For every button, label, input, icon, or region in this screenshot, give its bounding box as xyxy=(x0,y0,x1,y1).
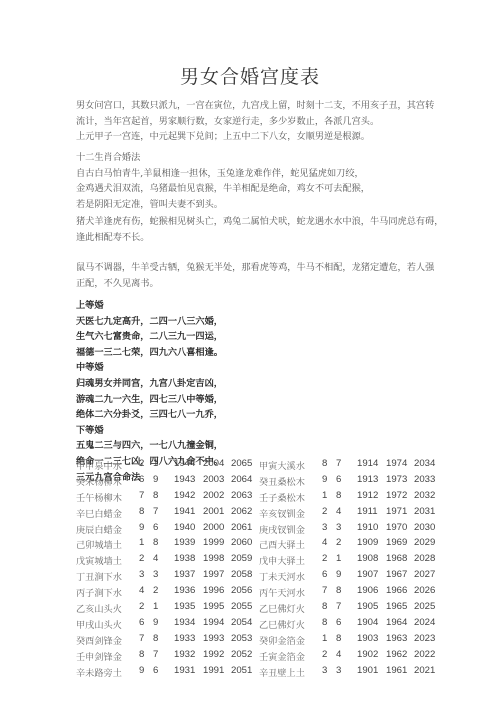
male-palace: 7 xyxy=(322,585,327,596)
female-palace: 3 xyxy=(153,569,158,580)
year-2: 1991 xyxy=(203,665,224,676)
year-2: 1972 xyxy=(386,490,407,501)
year-2: 2001 xyxy=(203,506,224,517)
year-1: 1904 xyxy=(357,617,378,628)
nayin-name: 乙巳佛灯火 xyxy=(259,617,305,631)
year-2: 1968 xyxy=(386,553,407,564)
year-3: 2065 xyxy=(231,458,252,469)
year-3: 2028 xyxy=(414,553,435,564)
mismatch-line: 鼠马不调器，牛羊受古牺，兔猴无半处，那看虎等鸡，牛马不相配，龙猪定遭危，若人强 xyxy=(76,260,436,276)
year-1: 1941 xyxy=(174,506,195,517)
zodiac-heading: 十二生肖合婚法 xyxy=(76,150,436,166)
year-1: 1937 xyxy=(174,569,195,580)
table-column-right: 甲寅大溪水 8 7 1914 1974 2034 癸丑桑松木 9 6 1913 … xyxy=(259,457,439,679)
female-palace: 7 xyxy=(153,649,158,660)
year-2: 2002 xyxy=(203,490,224,501)
year-2: 1974 xyxy=(386,458,407,469)
table-row: 乙亥山头火 2 1 1935 1995 2055 xyxy=(76,600,256,616)
page-title: 男女合婚宫度表 xyxy=(0,62,500,89)
table-row: 辛丑壁上土 3 3 1901 1961 2021 xyxy=(259,664,439,680)
rank-line: 游魂二九一六生，四七三八中等婚， xyxy=(76,392,223,408)
male-palace: 3 xyxy=(139,569,144,580)
year-3: 2059 xyxy=(231,553,252,564)
year-2: 1966 xyxy=(386,585,407,596)
year-2: 1971 xyxy=(386,506,407,517)
female-palace: 7 xyxy=(153,506,158,517)
nayin-name: 庚戌钗钏金 xyxy=(259,522,305,536)
female-palace: 9 xyxy=(336,569,341,580)
female-palace: 3 xyxy=(336,665,341,676)
year-1: 1935 xyxy=(174,601,195,612)
female-palace: 8 xyxy=(153,633,158,644)
year-1: 1905 xyxy=(357,601,378,612)
male-palace: 6 xyxy=(139,617,144,628)
male-palace: 4 xyxy=(139,585,144,596)
nayin-name: 壬午杨柳木 xyxy=(76,490,122,504)
table-row: 壬午杨柳木 7 8 1942 2002 2063 xyxy=(76,489,256,505)
female-palace: 1 xyxy=(336,553,341,564)
year-2: 1998 xyxy=(203,553,224,564)
nayin-name: 辛亥钗钏金 xyxy=(259,506,305,520)
clash-line: 逢此相配寿不长。 xyxy=(76,230,436,246)
female-palace: 1 xyxy=(153,601,158,612)
nayin-name: 甲戌山头火 xyxy=(76,617,122,631)
table-row: 乙巳佛灯火 8 7 1905 1965 2025 xyxy=(259,600,439,616)
year-3: 2025 xyxy=(414,601,435,612)
year-1: 1944 xyxy=(174,458,195,469)
nayin-name: 丙子涧下水 xyxy=(76,585,122,599)
nayin-name: 癸卯金箔金 xyxy=(259,633,305,647)
female-palace: 6 xyxy=(336,617,341,628)
rank-line: 归魂男女并同宫，九宫八卦定吉凶， xyxy=(76,376,223,392)
table-row: 癸丑桑松木 9 6 1913 1973 2033 xyxy=(259,473,439,489)
year-3: 2030 xyxy=(414,522,435,533)
year-2: 1973 xyxy=(386,474,407,485)
year-2: 1965 xyxy=(386,601,407,612)
male-palace: 8 xyxy=(322,458,327,469)
table-row: 甲寅大溪水 8 7 1914 1974 2034 xyxy=(259,457,439,473)
table-row: 壬寅金箔金 2 4 1902 1962 2022 xyxy=(259,648,439,664)
table-row: 癸卯金箔金 1 8 1903 1963 2023 xyxy=(259,632,439,648)
rank-heading-upper: 上等婚 xyxy=(76,298,223,314)
table-row: 庚戌钗钏金 3 3 1910 1970 2030 xyxy=(259,521,439,537)
male-palace: 2 xyxy=(322,553,327,564)
year-1: 1907 xyxy=(357,569,378,580)
rank-heading-middle: 中等婚 xyxy=(76,360,223,376)
table-row: 辛未路旁土 9 6 1931 1991 2051 xyxy=(76,664,256,680)
year-3: 2033 xyxy=(414,474,435,485)
male-palace: 2 xyxy=(139,553,144,564)
nayin-name: 丁丑涧下水 xyxy=(76,569,122,583)
year-2: 1992 xyxy=(203,649,224,660)
year-3: 2029 xyxy=(414,537,435,548)
year-3: 2053 xyxy=(231,633,252,644)
year-1: 1934 xyxy=(174,617,195,628)
table-row: 己酉大驿土 4 2 1909 1969 2029 xyxy=(259,536,439,552)
year-2: 2004 xyxy=(203,458,224,469)
female-palace: 1 xyxy=(153,458,158,469)
year-1: 1910 xyxy=(357,522,378,533)
year-3: 2051 xyxy=(231,665,252,676)
male-palace: 2 xyxy=(322,506,327,517)
year-2: 2003 xyxy=(203,474,224,485)
female-palace: 4 xyxy=(153,553,158,564)
year-1: 1942 xyxy=(174,490,195,501)
year-3: 2054 xyxy=(231,617,252,628)
male-palace: 3 xyxy=(322,522,327,533)
nayin-name: 戊申大驿土 xyxy=(259,553,305,567)
female-palace: 7 xyxy=(336,601,341,612)
nayin-name: 己卯城墙土 xyxy=(76,537,122,551)
year-3: 2056 xyxy=(231,585,252,596)
zodiac-line: 自古白马怕青牛,羊鼠相逢一担休，玉兔逢龙难作伴，蛇见猛虎如刀绞， xyxy=(76,166,436,182)
year-3: 2027 xyxy=(414,569,435,580)
nayin-name: 壬子桑松木 xyxy=(259,490,305,504)
male-palace: 6 xyxy=(139,474,144,485)
year-1: 1901 xyxy=(357,665,378,676)
document-page: 男女合婚宫度表 男女问宫口，其数只派九，一宫在寅位，九宫戌上留，时刻十二支，不用… xyxy=(0,0,500,708)
male-palace: 1 xyxy=(322,633,327,644)
male-palace: 8 xyxy=(139,506,144,517)
female-palace: 2 xyxy=(153,585,158,596)
female-palace: 8 xyxy=(336,585,341,596)
female-palace: 8 xyxy=(153,490,158,501)
year-1: 1902 xyxy=(357,649,378,660)
female-palace: 8 xyxy=(336,633,341,644)
table-row: 辛巳白蜡金 8 7 1941 2001 2062 xyxy=(76,505,256,521)
table-row: 甲戌山头火 6 9 1934 1994 2054 xyxy=(76,616,256,632)
year-2: 1999 xyxy=(203,537,224,548)
male-palace: 8 xyxy=(139,649,144,660)
intro-line: 男女问宫口，其数只派九，一宫在寅位，九宫戌上留，时刻十二支，不用亥子丑，其宫转 xyxy=(76,98,436,114)
year-3: 2052 xyxy=(231,649,252,660)
male-palace: 2 xyxy=(139,601,144,612)
year-3: 2058 xyxy=(231,569,252,580)
year-3: 2061 xyxy=(231,522,252,533)
female-palace: 4 xyxy=(336,649,341,660)
year-3: 2034 xyxy=(414,458,435,469)
year-1: 1913 xyxy=(357,474,378,485)
female-palace: 4 xyxy=(336,506,341,517)
year-1: 1911 xyxy=(357,506,378,517)
nayin-name: 壬寅金箔金 xyxy=(259,649,305,663)
table-row: 己卯城墙土 1 8 1939 1999 2060 xyxy=(76,536,256,552)
table-row: 戊申大驿土 2 1 1908 1968 2028 xyxy=(259,552,439,568)
year-3: 2063 xyxy=(231,490,252,501)
year-3: 2026 xyxy=(414,585,435,596)
intro-paragraph: 男女问宫口，其数只派九，一宫在寅位，九宫戌上留，时刻十二支，不用亥子丑，其宫转 … xyxy=(76,98,436,145)
rank-line: 五鬼二三与四六，一七八九撞金铜， xyxy=(76,438,223,454)
nayin-name: 己酉大驿土 xyxy=(259,537,305,551)
table-row: 庚辰白蜡金 9 6 1940 2000 2061 xyxy=(76,521,256,537)
clash-paragraph: 猪犬羊逢虎有伤，蛇猴相见树头亡，鸡兔二属怕犬吠，蛇龙遇水水中浪，牛马同虎总有碍，… xyxy=(76,214,436,245)
intro-line: 流计，当年宫起首，男家顺行数，女家逆行走，多少岁数止，各派几宫头。 xyxy=(76,114,436,130)
year-2: 1962 xyxy=(386,649,407,660)
year-2: 1964 xyxy=(386,617,407,628)
nayin-name: 癸丑桑松木 xyxy=(259,474,305,488)
female-palace: 8 xyxy=(336,490,341,501)
year-1: 1914 xyxy=(357,458,378,469)
year-2: 1967 xyxy=(386,569,407,580)
male-palace: 6 xyxy=(322,569,327,580)
table-row: 甲申泉中水 2 1 1944 2004 2065 xyxy=(76,457,256,473)
year-2: 1994 xyxy=(203,617,224,628)
table-row: 丁未天河水 6 9 1907 1967 2027 xyxy=(259,568,439,584)
year-1: 1933 xyxy=(174,633,195,644)
nayin-name: 甲寅大溪水 xyxy=(259,458,305,472)
year-3: 2055 xyxy=(231,601,252,612)
male-palace: 1 xyxy=(139,537,144,548)
male-palace: 2 xyxy=(139,458,144,469)
zodiac-section: 十二生肖合婚法 自古白马怕青牛,羊鼠相逢一担休，玉兔逢龙难作伴，蛇见猛虎如刀绞，… xyxy=(76,150,436,212)
female-palace: 6 xyxy=(153,522,158,533)
table-row: 壬子桑松木 1 8 1912 1972 2032 xyxy=(259,489,439,505)
year-3: 2032 xyxy=(414,490,435,501)
year-1: 1940 xyxy=(174,522,195,533)
year-3: 2062 xyxy=(231,506,252,517)
year-2: 1996 xyxy=(203,585,224,596)
female-palace: 7 xyxy=(336,458,341,469)
male-palace: 4 xyxy=(322,537,327,548)
year-3: 2031 xyxy=(414,506,435,517)
year-1: 1931 xyxy=(174,665,195,676)
rank-heading-lower: 下等婚 xyxy=(76,423,223,439)
male-palace: 9 xyxy=(322,474,327,485)
table-column-left: 甲申泉中水 2 1 1944 2004 2065 癸未杨柳木 6 9 1943 … xyxy=(76,457,256,679)
rank-line: 福德一三二七荣，四九六八喜相逢。 xyxy=(76,345,223,361)
nayin-name: 庚辰白蜡金 xyxy=(76,522,122,536)
year-1: 1906 xyxy=(357,585,378,596)
table-row: 丙子涧下水 4 2 1936 1996 2056 xyxy=(76,584,256,600)
table-row: 戊寅城墙土 2 4 1938 1998 2059 xyxy=(76,552,256,568)
year-1: 1938 xyxy=(174,553,195,564)
year-3: 2024 xyxy=(414,617,435,628)
female-palace: 6 xyxy=(336,474,341,485)
year-2: 1969 xyxy=(386,537,407,548)
year-3: 2021 xyxy=(414,665,435,676)
year-3: 2022 xyxy=(414,649,435,660)
rank-line: 天医七九定高升，二四一八三六婚， xyxy=(76,314,223,330)
year-2: 1970 xyxy=(386,522,407,533)
nayin-name: 壬申剑锋金 xyxy=(76,649,122,663)
male-palace: 8 xyxy=(322,617,327,628)
table-row: 丁丑涧下水 3 3 1937 1997 2058 xyxy=(76,568,256,584)
year-1: 1912 xyxy=(357,490,378,501)
year-1: 1936 xyxy=(174,585,195,596)
table-row: 乙巳佛灯火 8 6 1904 1964 2024 xyxy=(259,616,439,632)
nayin-name: 乙亥山头火 xyxy=(76,601,122,615)
year-2: 1995 xyxy=(203,601,224,612)
year-2: 1963 xyxy=(386,633,407,644)
female-palace: 6 xyxy=(153,665,158,676)
year-1: 1903 xyxy=(357,633,378,644)
nayin-name: 辛丑壁上土 xyxy=(259,665,305,679)
nayin-name: 癸酉剑锋金 xyxy=(76,633,122,647)
male-palace: 9 xyxy=(139,665,144,676)
year-3: 2023 xyxy=(414,633,435,644)
female-palace: 9 xyxy=(153,617,158,628)
nayin-name: 丙午天河水 xyxy=(259,585,305,599)
rank-line: 绝体二六分卦爻，三四七八一九乔， xyxy=(76,407,223,423)
year-2: 1961 xyxy=(386,665,407,676)
male-palace: 1 xyxy=(322,490,327,501)
year-1: 1908 xyxy=(357,553,378,564)
year-2: 1997 xyxy=(203,569,224,580)
year-3: 2060 xyxy=(231,537,252,548)
male-palace: 7 xyxy=(139,490,144,501)
mismatch-paragraph: 鼠马不调器，牛羊受古牺，兔猴无半处，那看虎等鸡，牛马不相配，龙猪定遭危，若人强 … xyxy=(76,260,436,291)
mismatch-line: 正配，不久见离书。 xyxy=(76,276,436,292)
year-1: 1932 xyxy=(174,649,195,660)
male-palace: 3 xyxy=(322,665,327,676)
zodiac-line: 金鸡遇犬泪双流，乌猪最怕见袁猴，牛羊相配是绝命，鸡女不可去配猴， xyxy=(76,181,436,197)
nayin-name: 戊寅城墙土 xyxy=(76,553,122,567)
nayin-name: 辛未路旁土 xyxy=(76,665,122,679)
female-palace: 8 xyxy=(153,537,158,548)
nayin-name: 辛巳白蜡金 xyxy=(76,506,122,520)
male-palace: 2 xyxy=(322,649,327,660)
zodiac-line: 若是阴阳无定准，管叫夫妻不到头。 xyxy=(76,197,436,213)
male-palace: 7 xyxy=(139,633,144,644)
nayin-name: 乙巳佛灯火 xyxy=(259,601,305,615)
nayin-name: 甲申泉中水 xyxy=(76,458,122,472)
male-palace: 9 xyxy=(139,522,144,533)
year-1: 1909 xyxy=(357,537,378,548)
rank-line: 生气六七富贵命，二八三九一四运， xyxy=(76,329,223,345)
clash-line: 猪犬羊逢虎有伤，蛇猴相见树头亡，鸡兔二属怕犬吠，蛇龙遇水水中浪，牛马同虎总有碍， xyxy=(76,214,436,230)
table-row: 壬申剑锋金 8 7 1932 1992 2052 xyxy=(76,648,256,664)
intro-line: 上元甲子一宫连，中元起巽下兑间；上五中二下八女，女顺男逆是根源。 xyxy=(76,129,436,145)
year-1: 1943 xyxy=(174,474,195,485)
table-row: 丙午天河水 7 8 1906 1966 2026 xyxy=(259,584,439,600)
female-palace: 3 xyxy=(336,522,341,533)
female-palace: 9 xyxy=(153,474,158,485)
female-palace: 2 xyxy=(336,537,341,548)
male-palace: 8 xyxy=(322,601,327,612)
nayin-name: 丁未天河水 xyxy=(259,569,305,583)
year-1: 1939 xyxy=(174,537,195,548)
table-row: 癸酉剑锋金 7 8 1933 1993 2053 xyxy=(76,632,256,648)
year-2: 1993 xyxy=(203,633,224,644)
year-3: 2064 xyxy=(231,474,252,485)
nayin-name: 癸未杨柳木 xyxy=(76,474,122,488)
table-row: 癸未杨柳木 6 9 1943 2003 2064 xyxy=(76,473,256,489)
table-row: 辛亥钗钏金 2 4 1911 1971 2031 xyxy=(259,505,439,521)
year-2: 2000 xyxy=(203,522,224,533)
